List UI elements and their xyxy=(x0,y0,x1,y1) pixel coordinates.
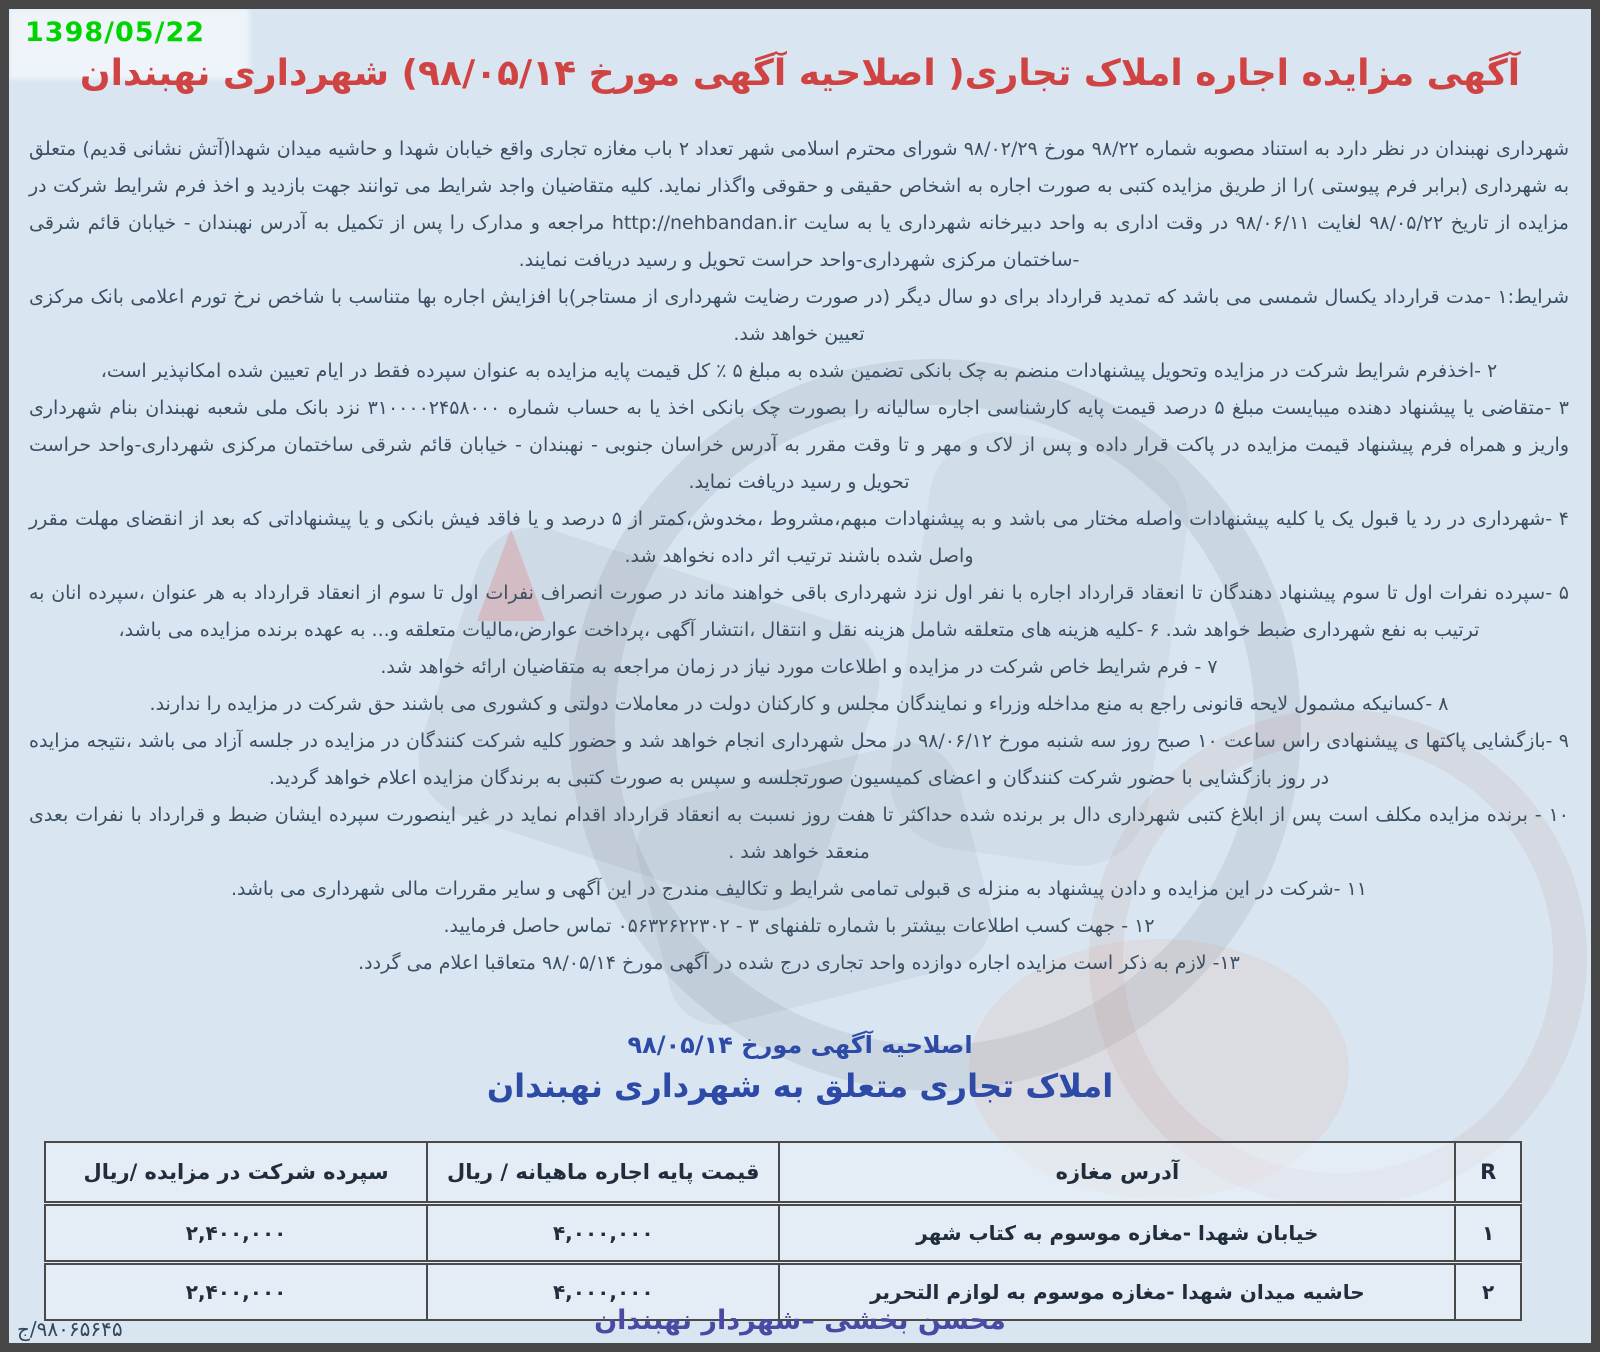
mayor-signature: محسن بخشی –شهردار نهبندان xyxy=(9,1305,1591,1336)
body-paragraph: ۷ - فرم شرایط خاص شرکت در مزایده و اطلاع… xyxy=(29,649,1569,686)
body-paragraph: ۳ -متقاضی یا پیشنهاد دهنده میبایست مبلغ … xyxy=(29,390,1569,501)
body-paragraph: ۱۱ -شرکت در این مزایده و دادن پیشنهاد به… xyxy=(29,871,1569,908)
body-paragraph: ۱۳- لازم به ذکر است مزایده اجاره دوازده … xyxy=(29,945,1569,982)
body-paragraph: ۱۰ - برنده مزایده مکلف است پس از ابلاغ ک… xyxy=(29,797,1569,871)
correction-subtitle: اصلاحیه آگهی مورخ ۹۸/۰۵/۱۴ xyxy=(9,1031,1591,1059)
body-paragraph: ۵ -سپرده نفرات اول تا سوم پیشنهاد دهندگا… xyxy=(29,575,1569,649)
correction-heading: املاک تجاری متعلق به شهرداری نهبندان xyxy=(9,1067,1591,1105)
body-paragraph: شهرداری نهبندان در نظر دارد به استناد مص… xyxy=(29,131,1569,279)
body-paragraph: ۲ -اخذفرم شرایط شرکت در مزایده وتحویل پی… xyxy=(29,353,1569,390)
header-row-number: R xyxy=(1455,1142,1521,1204)
body-paragraph: ۱۲ - جهت کسب اطلاعات بیشتر با شماره تلفن… xyxy=(29,908,1569,945)
properties-table: R آدرس مغازه قیمت پایه اجاره ماهیانه / ر… xyxy=(44,1141,1522,1321)
cell-row-number: ۱ xyxy=(1455,1204,1521,1263)
reference-code: ۹۸۰۶۵۶۴۵/ج xyxy=(17,1317,123,1341)
header-shop-address: آدرس مغازه xyxy=(779,1142,1455,1204)
newspaper-notice-page: 1398/05/22 آگهی مزایده اجاره املاک تجاری… xyxy=(0,0,1600,1352)
table-row: ۱ خیابان شهدا -مغازه موسوم به کتاب شهر ۴… xyxy=(45,1204,1521,1263)
body-paragraph: ۸ -کسانیکه مشمول لایحه قانونی راجع به من… xyxy=(29,686,1569,723)
header-base-rent: قیمت پایه اجاره ماهیانه / ریال xyxy=(427,1142,779,1204)
notice-title: آگهی مزایده اجاره املاک تجاری( اصلاحیه آ… xyxy=(59,53,1541,94)
cell-base-rent: ۴,۰۰۰,۰۰۰ xyxy=(427,1204,779,1263)
table-header-row: R آدرس مغازه قیمت پایه اجاره ماهیانه / ر… xyxy=(45,1142,1521,1204)
cell-deposit: ۲,۴۰۰,۰۰۰ xyxy=(45,1204,427,1263)
publication-date: 1398/05/22 xyxy=(25,17,205,48)
cell-shop-address: خیابان شهدا -مغازه موسوم به کتاب شهر xyxy=(779,1204,1455,1263)
body-paragraph: ۹ -بازگشایی پاکتها ی پیشنهادی راس ساعت ۱… xyxy=(29,723,1569,797)
body-paragraph: شرایط:۱ -مدت قرارداد یکسال شمسی می باشد … xyxy=(29,279,1569,353)
notice-body: شهرداری نهبندان در نظر دارد به استناد مص… xyxy=(29,131,1569,982)
body-paragraph: ۴ -شهرداری در رد یا قبول یک یا کلیه پیشن… xyxy=(29,501,1569,575)
header-deposit: سپرده شرکت در مزایده /ریال xyxy=(45,1142,427,1204)
